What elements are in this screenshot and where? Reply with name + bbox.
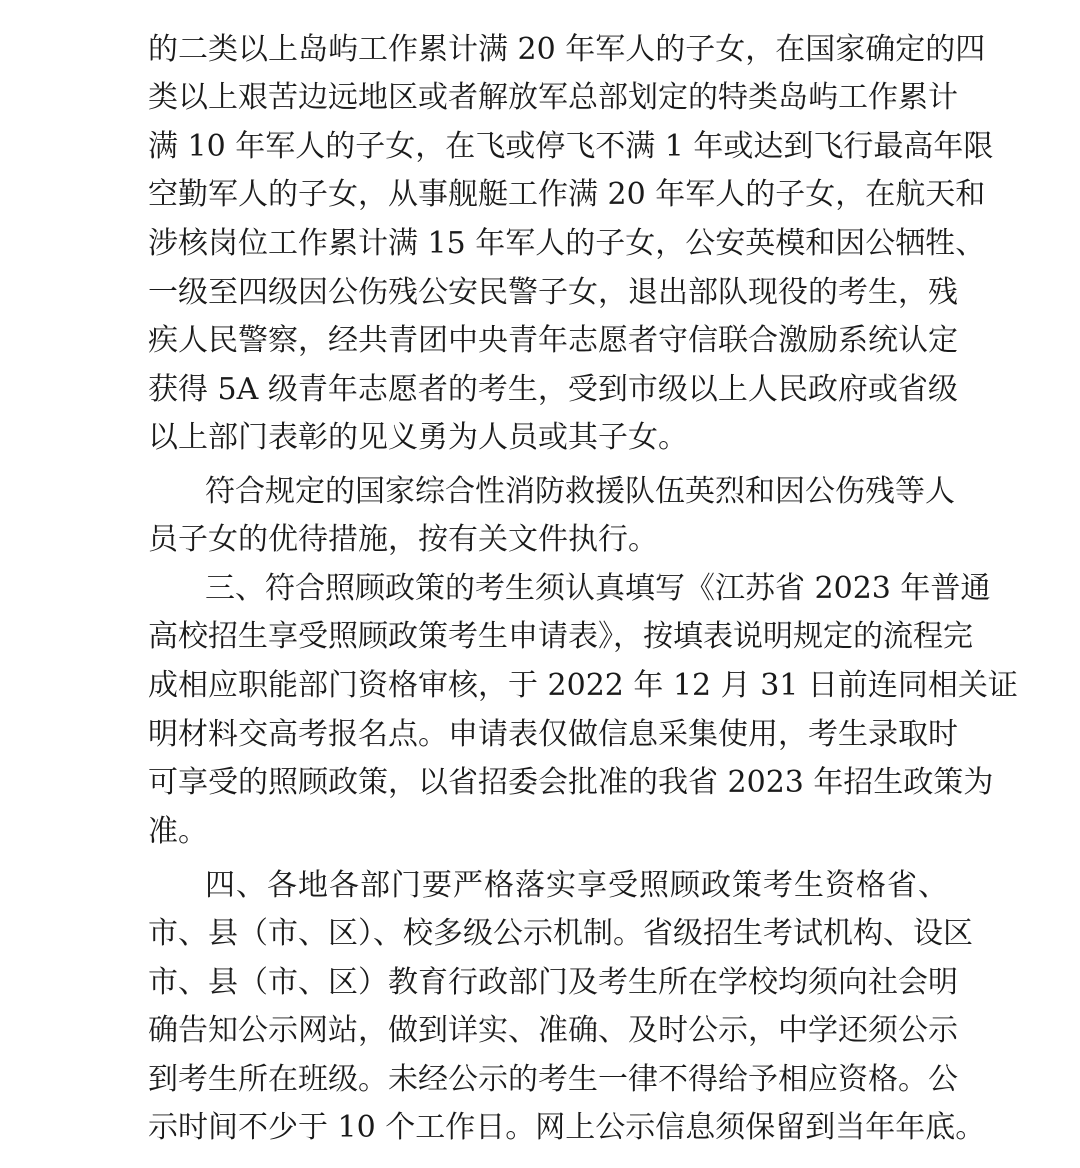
paragraph-end-line: 准。 [148,812,948,852]
text-line: 的二类以上岛屿工作累计满 20 年军人的子女，在国家确定的四 [148,30,948,70]
text-line: 类以上艰苦边远地区或者解放军总部划定的特类岛屿工作累计 [148,78,948,118]
text-line: 市、县（市、区）教育行政部门及考生所在学校均须向社会明 [148,963,948,1003]
text-line: 疾人民警察，经共青团中央青年志愿者守信联合激励系统认定 [148,321,948,361]
text-line: 成相应职能部门资格审核，于 2022 年 12 月 31 日前连同相关证 [148,666,948,706]
paragraph-end-line: 以上部门表彰的见义勇为人员或其子女。 [148,418,948,458]
text-line: 一级至四级因公伤残公安民警子女，退出部队现役的考生，残 [148,273,948,313]
section-four-heading-line: 四、各地各部门要严格落实享受照顾政策考生资格省、 [205,866,948,906]
document-page: 的二类以上岛屿工作累计满 20 年军人的子女，在国家确定的四 类以上艰苦边远地区… [0,0,1080,1168]
text-line: 高校招生享受照顾政策考生申请表》，按填表说明规定的流程完 [148,617,948,657]
paragraph-start-line: 符合规定的国家综合性消防救援队伍英烈和因公伤残等人 [205,472,948,512]
text-line: 满 10 年军人的子女，在飞或停飞不满 1 年或达到飞行最高年限 [148,127,948,167]
paragraph-end-line: 员子女的优待措施，按有关文件执行。 [148,520,948,560]
text-line: 明材料交高考报名点。申请表仅做信息采集使用，考生录取时 [148,715,948,755]
text-line: 示时间不少于 10 个工作日。网上公示信息须保留到当年年底。 [148,1108,948,1148]
text-line: 市、县（市、区）、校多级公示机制。省级招生考试机构、设区 [148,914,948,954]
text-line: 确告知公示网站，做到详实、准确、及时公示，中学还须公示 [148,1011,948,1051]
text-line: 可享受的照顾政策，以省招委会批准的我省 2023 年招生政策为 [148,763,948,803]
text-line: 涉核岗位工作累计满 15 年军人的子女，公安英模和因公牺牲、 [148,224,948,264]
text-line: 获得 5A 级青年志愿者的考生，受到市级以上人民政府或省级 [148,370,948,410]
section-three-heading-line: 三、符合照顾政策的考生须认真填写《江苏省 2023 年普通 [205,569,948,609]
text-line: 空勤军人的子女，从事舰艇工作满 20 年军人的子女，在航天和 [148,175,948,215]
text-line: 到考生所在班级。未经公示的考生一律不得给予相应资格。公 [148,1060,948,1100]
